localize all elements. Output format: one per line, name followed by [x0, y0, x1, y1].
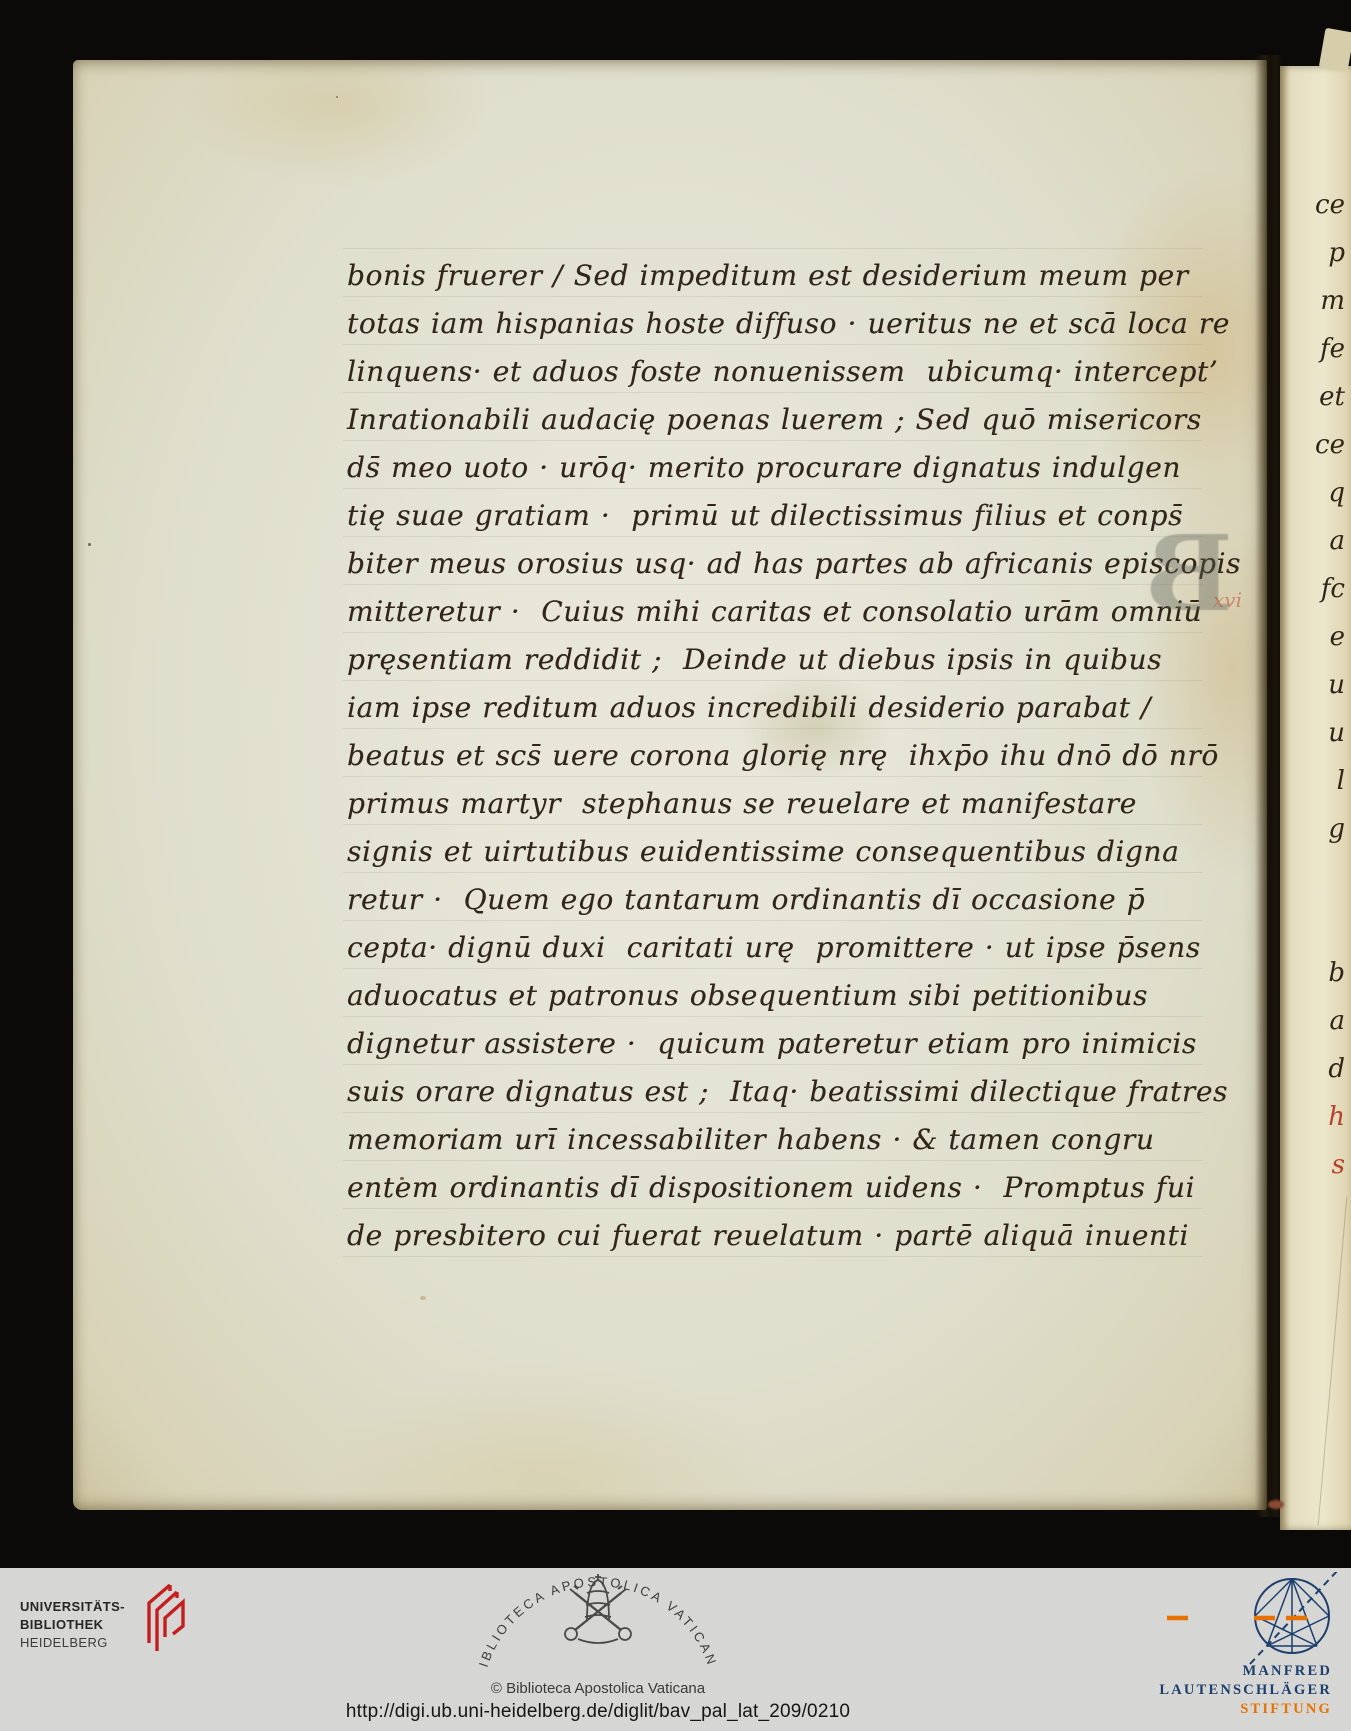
facing-page-sliver: cepmfeetceqafceuulgbadhs: [1280, 66, 1351, 1530]
ub-heidelberg-wordmark: UNIVERSITÄTS- BIBLIOTHEK HEIDELBERG: [20, 1598, 125, 1652]
manuscript-line: pręsentiam reddidit ; Deinde ut diebus i…: [347, 636, 1247, 684]
facing-line-fragment: h: [1328, 1102, 1345, 1132]
bleedthrough-initial: B: [1145, 512, 1233, 635]
manuscript-line: iam ipse reditum aduos incredibili desid…: [347, 684, 1247, 732]
vatican-copyright: © Biblioteca Apostolica Vaticana: [268, 1680, 928, 1697]
stain: [1268, 1500, 1284, 1509]
vatican-arc-text: BIBLIOTECA APOSTOLICA VATICANA: [448, 1570, 720, 1669]
footer-center-column: BIBLIOTECA APOSTOLICA VATICANA © Bibliot…: [268, 1568, 928, 1731]
manuscript-line: linquens· et aduos foste nonuenissem ubi…: [347, 348, 1247, 396]
facing-line-fragment: g: [1328, 814, 1345, 844]
ub-line3: HEIDELBERG: [20, 1634, 125, 1652]
quire-mark: xvi: [1213, 588, 1242, 612]
facing-line-fragment: e: [1330, 622, 1345, 652]
manuscript-line: Inrationabili audacię poenas luerem ; Se…: [347, 396, 1247, 444]
manuscript-line: tię suae gratiam · primū ut dilectissimu…: [347, 492, 1247, 540]
facing-line-fragment: p: [1328, 238, 1345, 268]
mls-foundation-logo: MANFRED LAUTENSCHLÄGER STIFTUNG: [1141, 1568, 1351, 1731]
manuscript-line: suis orare dignatus est ; Itaq· beatissi…: [347, 1068, 1247, 1116]
facing-line-fragment: m: [1320, 286, 1345, 316]
digitized-manuscript-scan: bonis fruerer / Sed impeditum est deside…: [0, 0, 1351, 1731]
open-book-icon: [140, 1579, 190, 1657]
manuscript-line: biter meus orosius usq· ad has partes ab…: [347, 540, 1247, 588]
facing-line-fragment: ce: [1315, 190, 1345, 220]
mls-line1: MANFRED: [1159, 1662, 1332, 1681]
manuscript-line: memoriam urī incessabiliter habens · & t…: [347, 1116, 1247, 1164]
facing-line-fragment: u: [1328, 718, 1345, 748]
ub-line2: BIBLIOTHEK: [20, 1616, 125, 1634]
manuscript-line: aduocatus et patronus obsequentium sibi …: [347, 972, 1247, 1020]
manuscript-line: dignetur assistere · quicum pateretur et…: [347, 1020, 1247, 1068]
manuscript-line: retur · Quem ego tantarum ordinantis dī …: [347, 876, 1247, 924]
manuscript-line: bonis fruerer / Sed impeditum est deside…: [347, 252, 1247, 300]
facing-line-fragment: ce: [1315, 430, 1345, 460]
mls-wordmark: MANFRED LAUTENSCHLÄGER STIFTUNG: [1159, 1662, 1332, 1719]
footer-bar: UNIVERSITÄTS- BIBLIOTHEK HEIDELBERG: [0, 1568, 1351, 1731]
vatican-emblem: BIBLIOTECA APOSTOLICA VATICANA: [448, 1570, 748, 1678]
facing-line-fragment: d: [1328, 1054, 1345, 1084]
manuscript-line: cepta· dignū duxi caritati urę promitter…: [347, 924, 1247, 972]
stain: [400, 1177, 404, 1180]
facing-line-fragment: et: [1319, 382, 1345, 412]
manuscript-page-verso: bonis fruerer / Sed impeditum est deside…: [73, 60, 1267, 1510]
svg-text:BIBLIOTECA APOSTOLICA VATICANA: BIBLIOTECA APOSTOLICA VATICANA: [448, 1570, 720, 1669]
manuscript-line: beatus et scs̄ uere corona glorię nrę ih…: [347, 732, 1247, 780]
stain: [88, 543, 91, 546]
book-gutter: [1255, 55, 1283, 1517]
facing-line-fragment: a: [1329, 526, 1345, 556]
facing-line-fragment: q: [1328, 478, 1345, 508]
facing-line-fragment: l: [1337, 766, 1345, 796]
mls-line3: STIFTUNG: [1159, 1700, 1332, 1719]
ub-heidelberg-logo: UNIVERSITÄTS- BIBLIOTHEK HEIDELBERG: [0, 1568, 220, 1731]
manuscript-line: de presbitero cui fuerat reuelatum · par…: [347, 1212, 1247, 1260]
manuscript-line: mitteretur · Cuius mihi caritas et conso…: [347, 588, 1247, 636]
facing-line-fragment: a: [1329, 1006, 1345, 1036]
stain: [420, 1296, 426, 1300]
source-url: http://digi.ub.uni-heidelberg.de/diglit/…: [268, 1701, 928, 1723]
manuscript-line: signis et uirtutibus euidentissime conse…: [347, 828, 1247, 876]
mls-line2: LAUTENSCHLÄGER: [1159, 1681, 1332, 1700]
facing-page-fragments: cepmfeetceqafceuulgbadhs: [1280, 190, 1351, 1530]
facing-line-fragment: fc: [1321, 574, 1345, 604]
manuscript-line: ds̄ meo uoto · urōq· merito procurare di…: [347, 444, 1247, 492]
facing-line-fragment: b: [1328, 958, 1345, 988]
ub-line1: UNIVERSITÄTS-: [20, 1598, 125, 1616]
facing-line-fragment: fe: [1320, 334, 1345, 364]
parchment-tab: [1319, 28, 1351, 72]
manuscript-line: totas iam hispanias hoste diffuso · ueri…: [347, 300, 1247, 348]
facing-line-fragment: u: [1328, 670, 1345, 700]
facing-line-fragment: s: [1332, 1150, 1345, 1180]
manuscript-text-block: bonis fruerer / Sed impeditum est deside…: [347, 252, 1247, 1260]
manuscript-line: entem ordinantis dī dispositionem uidens…: [347, 1164, 1247, 1212]
mls-network-globe-icon: [1150, 1572, 1351, 1668]
stain: [336, 96, 338, 98]
manuscript-line: primus martyr stephanus se reuelare et m…: [347, 780, 1247, 828]
